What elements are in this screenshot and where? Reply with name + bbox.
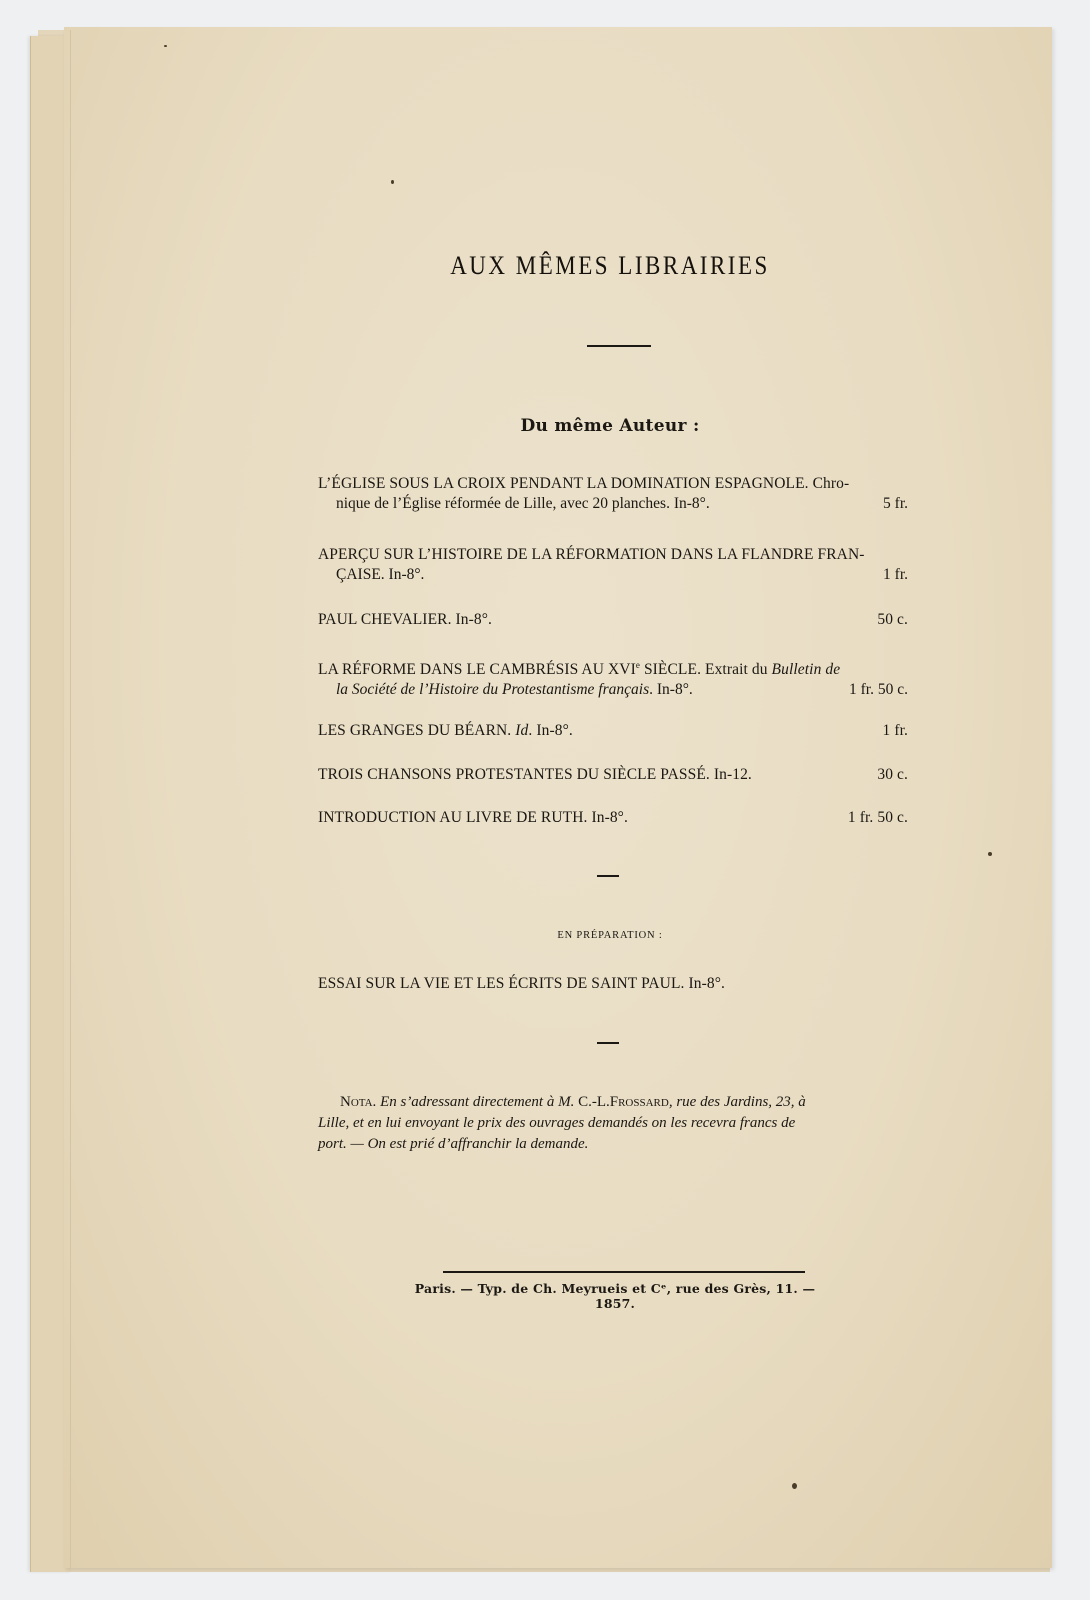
paper-speck <box>988 852 992 856</box>
ordering-note: Nota. En s’adressant directement à M. C.… <box>318 1092 913 1155</box>
work-entry: APERÇU SUR L’HISTOIRE DE LA RÉFORMATION … <box>318 545 908 585</box>
divider-rule <box>597 875 619 877</box>
show-through-text <box>320 228 920 250</box>
work-title: LES GRANGES DU BÉARN. Id. In-8°. <box>318 721 573 741</box>
work-title: ESSAI SUR LA VIE ET LES ÉCRITS DE SAINT … <box>318 974 725 994</box>
work-title: LA RÉFORME DANS LE CAMBRÉSIS AU XVIe SIÈ… <box>318 655 908 680</box>
paper-speck <box>164 45 167 47</box>
work-price: 1 fr. 50 c. <box>828 680 908 700</box>
work-title: PAUL CHEVALIER. In-8°. <box>318 610 492 630</box>
work-title: APERÇU SUR L’HISTOIRE DE LA RÉFORMATION … <box>318 545 908 565</box>
work-price: 50 c. <box>828 610 908 630</box>
section-heading-same-author: Du même Auteur : <box>300 416 920 436</box>
work-title: L’ÉGLISE SOUS LA CROIX PENDANT LA DOMINA… <box>318 474 908 494</box>
divider-rule <box>597 1042 619 1044</box>
publisher-name: C.-L.Frossard <box>578 1094 669 1110</box>
forthcoming-work-entry: ESSAI SUR LA VIE ET LES ÉCRITS DE SAINT … <box>318 974 908 994</box>
printer-imprint: Paris. — Typ. de Ch. Meyrueis et Cᵉ, rue… <box>400 1281 830 1311</box>
work-entry: TROIS CHANSONS PROTESTANTES DU SIÈCLE PA… <box>318 765 908 785</box>
note-label: Nota. <box>340 1094 376 1110</box>
work-entry: INTRODUCTION AU LIVRE DE RUTH. In-8°. 1 … <box>318 808 908 828</box>
paper-speck <box>792 1483 797 1489</box>
work-description: nique de l’Église réformée de Lille, ave… <box>336 494 710 514</box>
work-price: 1 fr. 50 c. <box>828 808 908 828</box>
work-entry: LES GRANGES DU BÉARN. Id. In-8°. 1 fr. <box>318 721 908 741</box>
divider-rule <box>587 345 651 347</box>
work-entry: L’ÉGLISE SOUS LA CROIX PENDANT LA DOMINA… <box>318 474 908 514</box>
work-entry: PAUL CHEVALIER. In-8°. 50 c. <box>318 610 908 630</box>
work-title: INTRODUCTION AU LIVRE DE RUTH. In-8°. <box>318 808 628 828</box>
page-content: AUX MÊMES LIBRAIRIES Du même Auteur : L’… <box>0 0 1090 1600</box>
section-heading-in-preparation: EN PRÉPARATION : <box>300 930 920 941</box>
work-price: 5 fr. <box>828 494 908 514</box>
page-title: AUX MÊMES LIBRAIRIES <box>300 251 920 281</box>
paper-speck <box>391 180 394 184</box>
work-description: ÇAISE. In-8°. <box>336 565 424 585</box>
journal-title: la Société de l’Histoire du Protestantis… <box>336 681 649 698</box>
work-title: TROIS CHANSONS PROTESTANTES DU SIÈCLE PA… <box>318 765 752 785</box>
work-entry: LA RÉFORME DANS LE CAMBRÉSIS AU XVIe SIÈ… <box>318 655 908 700</box>
work-price: 1 fr. <box>828 565 908 585</box>
work-price: 1 fr. <box>828 721 908 741</box>
work-price: 30 c. <box>828 765 908 785</box>
footer-rule <box>443 1271 805 1273</box>
